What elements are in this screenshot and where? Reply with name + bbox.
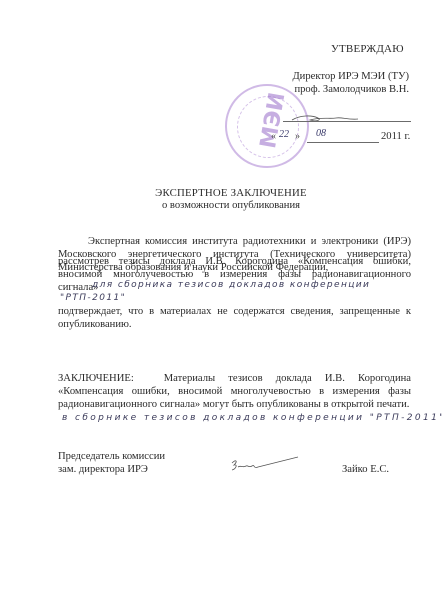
chair-name: Зайко Е.С. [342,464,389,477]
handwritten-annotation-1: для сборника тезисов докладов конференци… [92,280,370,290]
approval-header: УТВЕРЖДАЮ [331,43,404,56]
paragraph-line: опубликованию. [58,319,411,332]
conclusion-line-3: радионавигационного сигнала» могут быть … [58,399,411,412]
approver-name: проф. Замолодчиков В.Н. [294,84,409,97]
handwritten-annotation-3: в сборнике тезисов докладов конференции … [62,413,442,423]
document-title: ЭКСПЕРТНОЕ ЗАКЛЮЧЕНИЕ [0,187,442,199]
approver-position: Директор ИРЭ МЭИ (ТУ) [292,71,409,84]
paragraph-line: рассмотрев тезисы доклада И.В. Корогодин… [58,256,411,269]
conclusion-line-2: «Компенсация ошибки, вносимой многолучев… [58,386,411,399]
document-subtitle: о возможности опубликования [0,200,442,211]
chair-signature-icon [228,455,300,473]
conclusion-block: ЗАКЛЮЧЕНИЕ:Материалы тезисов доклада И.В… [58,373,411,411]
handwritten-annotation-2: "РТП-2011" [60,293,126,303]
date-close-quote: » [295,131,300,142]
chair-role-line-2: зам. директора ИРЭ [58,464,148,477]
official-stamp: МЭИ [225,84,309,168]
date-year: 2011 г. [381,131,410,144]
conclusion-line-1-text: Материалы тезисов доклада И.В. Корогодин… [164,373,411,384]
chair-role-line-1: Председатель комиссии [58,451,165,464]
review-line-5: подтверждает, что в материалах не содерж… [58,306,411,332]
paragraph-line: Экспертная комиссия института радиотехни… [58,236,411,249]
date-day: 22 [279,129,289,140]
conclusion-label: ЗАКЛЮЧЕНИЕ: [58,373,134,384]
approval-signature-line [283,121,411,122]
date-month: 08 [316,128,326,139]
review-main: рассмотрев тезисы доклада И.В. Корогодин… [58,256,411,269]
conclusion-line-1: ЗАКЛЮЧЕНИЕ:Материалы тезисов доклада И.В… [58,373,411,386]
date-month-line [307,142,379,143]
date-open-quote: « [271,131,276,142]
paragraph-line: подтверждает, что в материалах не содерж… [58,306,411,319]
